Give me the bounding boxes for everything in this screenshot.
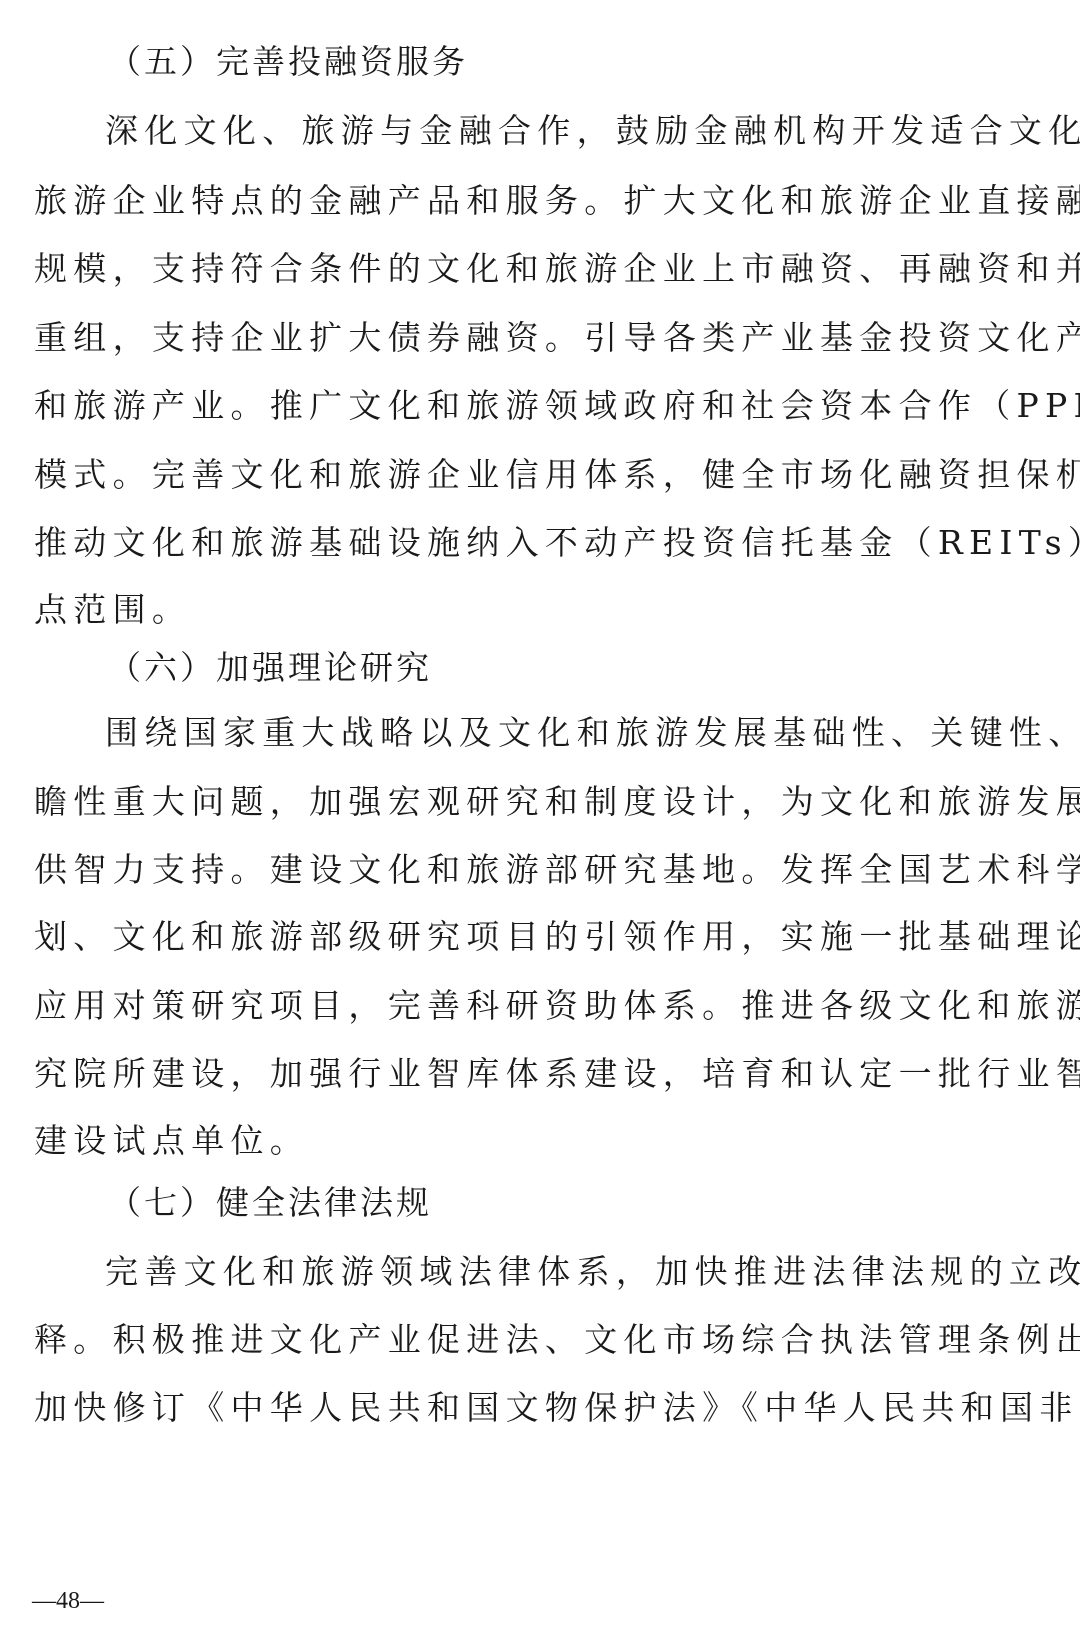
paragraph-line: 和旅游产业。推广文化和旅游领域政府和社会资本合作（PPP） (34, 386, 1054, 426)
paragraph-line: 深化文化、旅游与金融合作，鼓励金融机构开发适合文化和 (105, 111, 1055, 151)
paragraph-line: 点范围。 (34, 590, 1054, 630)
paragraph-line: 推动文化和旅游基础设施纳入不动产投资信托基金（REITs）试 (34, 523, 1054, 563)
paragraph-line: 加快修订《中华人民共和国文物保护法》《中华人民共和国非物 (34, 1388, 1054, 1428)
paragraph-line: 完善文化和旅游领域法律体系，加快推进法律法规的立改废 (105, 1252, 1055, 1292)
paragraph-line: 究院所建设，加强行业智库体系建设，培育和认定一批行业智库 (34, 1054, 1054, 1094)
paragraph-line: 建设试点单位。 (34, 1121, 1054, 1161)
paragraph-line: 围绕国家重大战略以及文化和旅游发展基础性、关键性、前 (105, 713, 1055, 753)
paragraph-line: 划、文化和旅游部级研究项目的引领作用，实施一批基础理论和 (34, 917, 1054, 957)
section-heading-6: （六）加强理论研究 (108, 648, 1080, 688)
paragraph-line: 应用对策研究项目，完善科研资助体系。推进各级文化和旅游研 (34, 986, 1054, 1026)
paragraph-line: 供智力支持。建设文化和旅游部研究基地。发挥全国艺术科学规 (34, 850, 1054, 890)
paragraph-line: 释。积极推进文化产业促进法、文化市场综合执法管理条例出台， (34, 1320, 1054, 1360)
page-number: —48— (32, 1586, 104, 1616)
paragraph-line: 旅游企业特点的金融产品和服务。扩大文化和旅游企业直接融资 (34, 181, 1054, 221)
section-heading-7: （七）健全法律法规 (108, 1183, 1080, 1223)
paragraph-line: 重组，支持企业扩大债券融资。引导各类产业基金投资文化产业 (34, 318, 1054, 358)
paragraph-line: 模式。完善文化和旅游企业信用体系，健全市场化融资担保机制。 (34, 455, 1054, 495)
section-heading-5: （五）完善投融资服务 (108, 42, 1080, 82)
paragraph-line: 规模，支持符合条件的文化和旅游企业上市融资、再融资和并购 (34, 249, 1054, 289)
paragraph-line: 瞻性重大问题，加强宏观研究和制度设计，为文化和旅游发展提 (34, 782, 1054, 822)
